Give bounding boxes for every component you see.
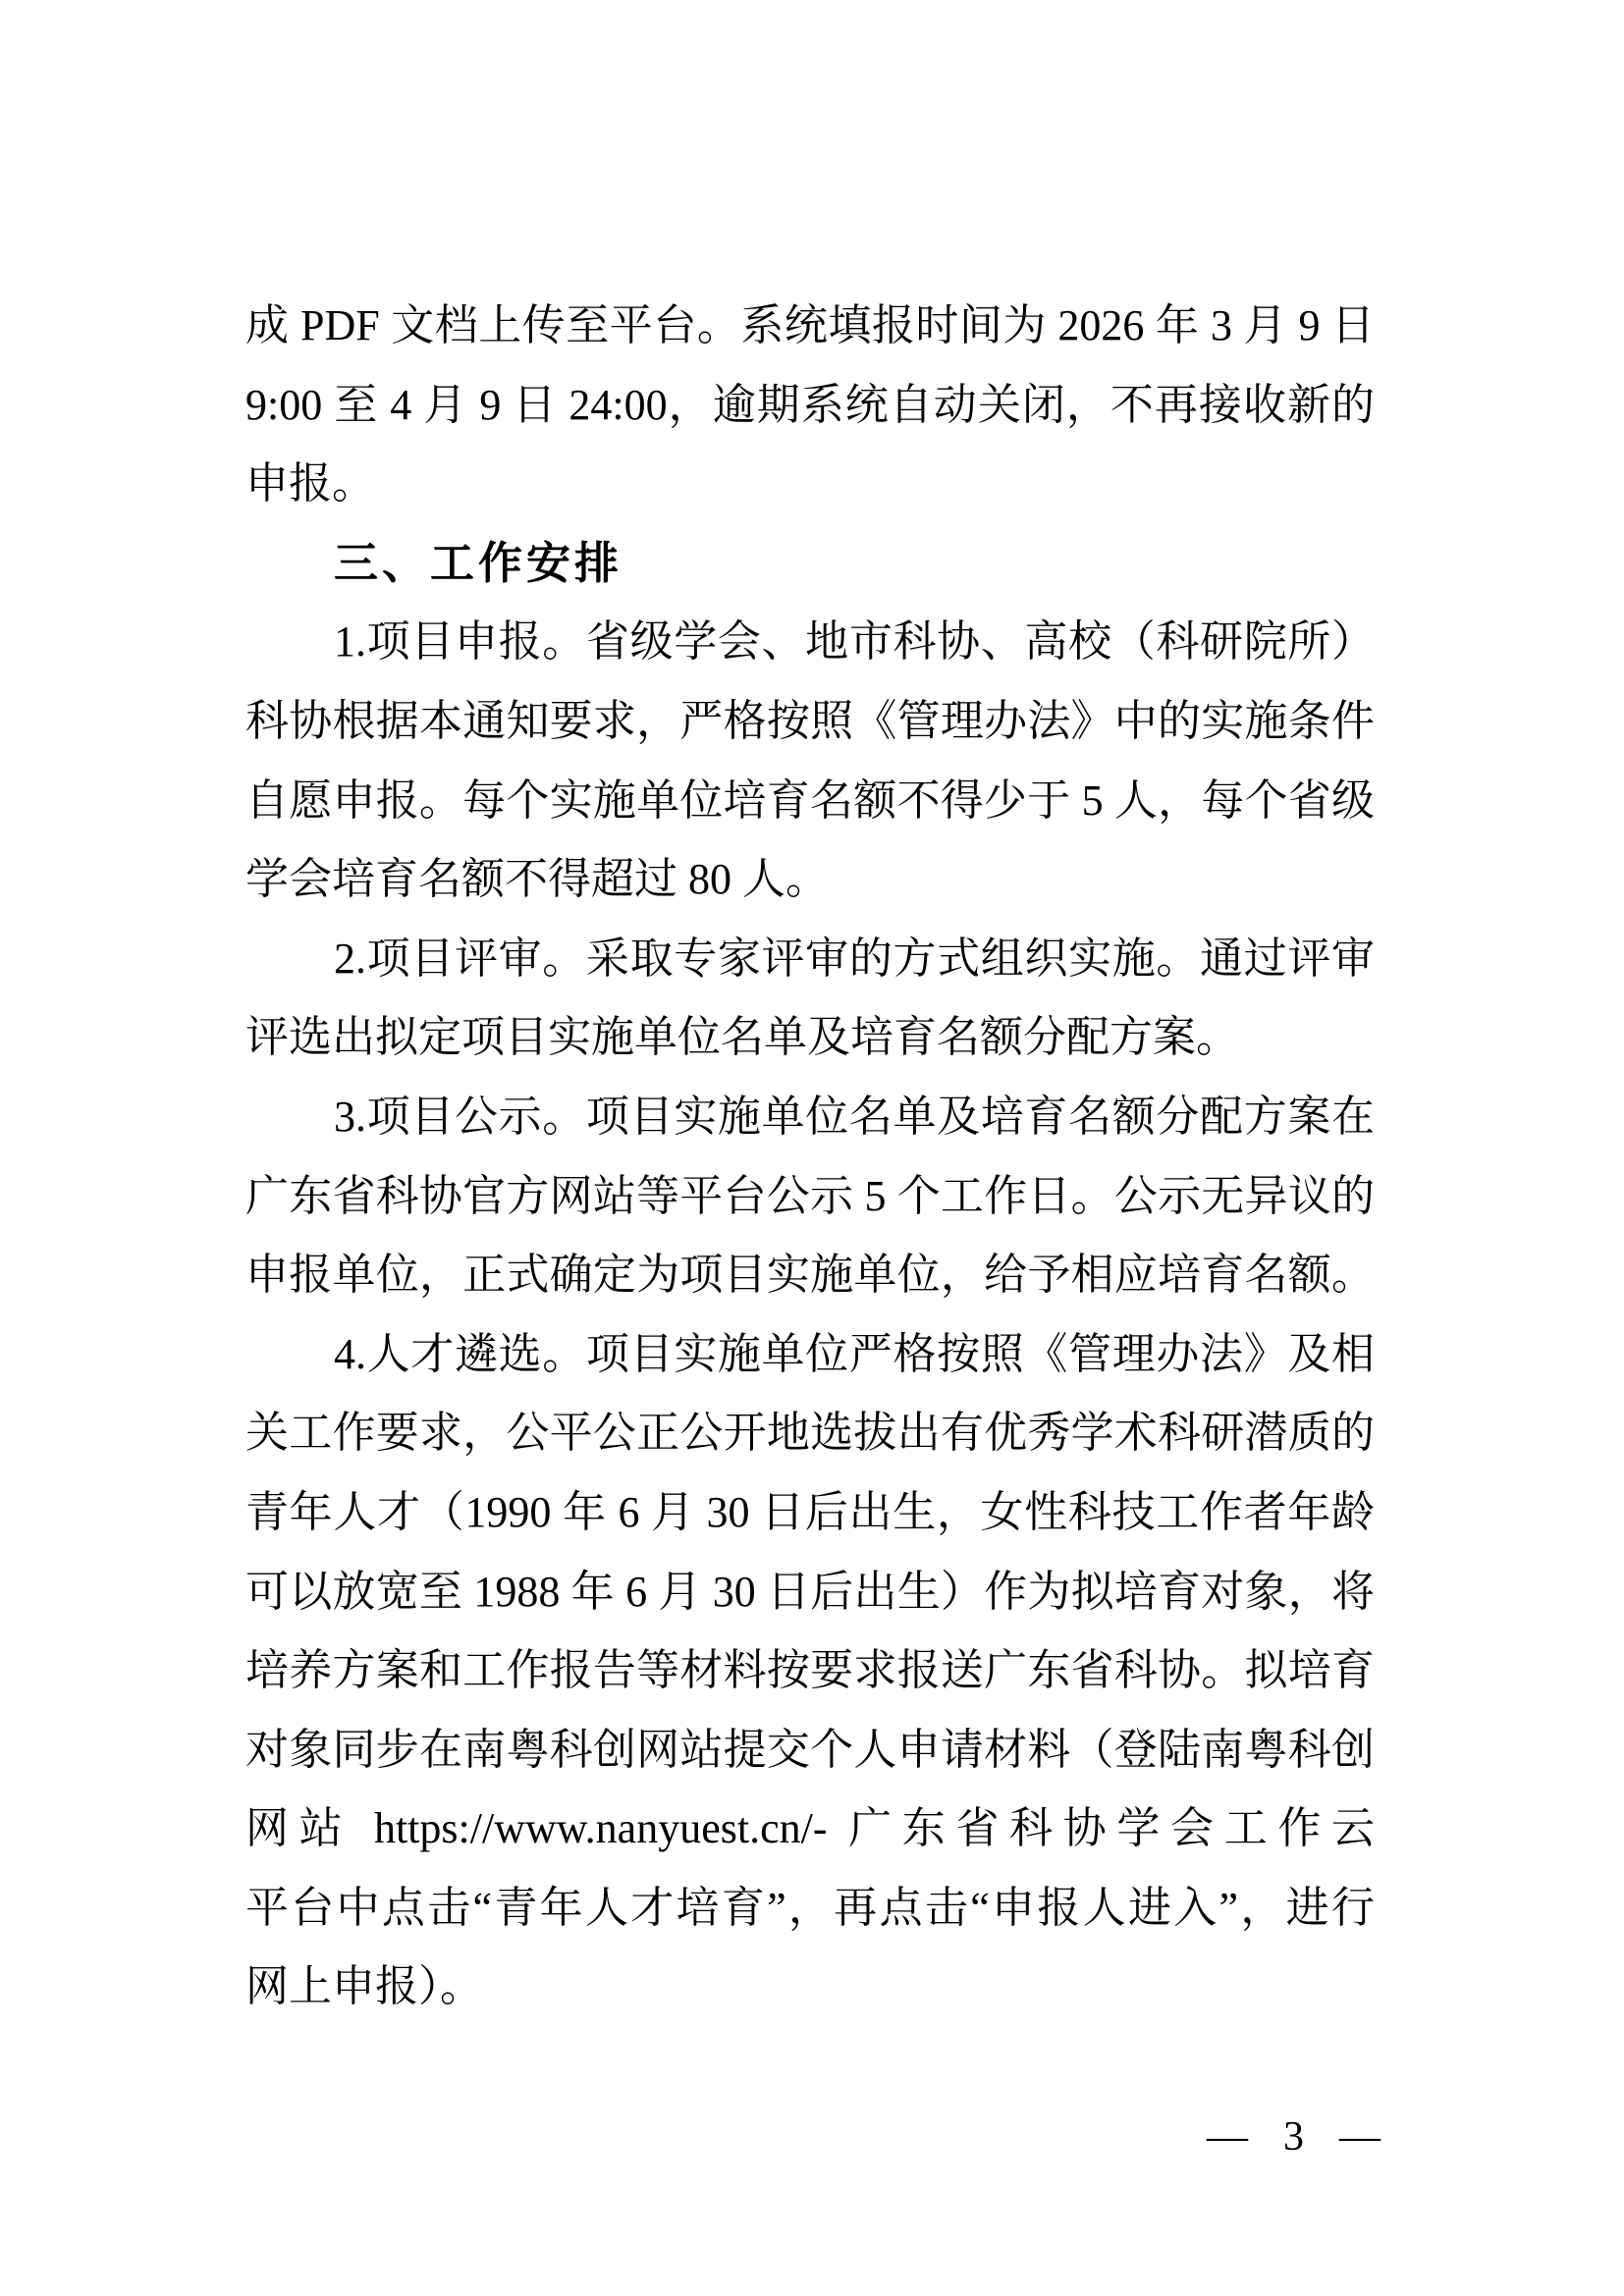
text-line: 成 PDF 文档上传至平台。系统填报时间为 2026 年 3 月 9 日 — [245, 287, 1375, 366]
text-line: 2.项目评审。采取专家评审的方式组织实施。通过评审 — [245, 920, 1375, 999]
text-line: 3.项目公示。项目实施单位名单及培育名额分配方案在 — [245, 1078, 1375, 1157]
text-line: 评选出拟定项目实施单位名单及培育名额分配方案。 — [245, 998, 1375, 1078]
text-line: 平台中点击“青年人才培育”，再点击“申报人进入”，进行 — [245, 1869, 1375, 1949]
text-line: 培养方案和工作报告等材料按要求报送广东省科协。拟培育 — [245, 1631, 1375, 1711]
document-page: 成 PDF 文档上传至平台。系统填报时间为 2026 年 3 月 9 日9:00… — [0, 0, 1624, 2296]
section-heading: 三、工作安排 — [245, 524, 1375, 604]
text-line: 9:00 至 4 月 9 日 24:00，逾期系统自动关闭，不再接收新的 — [245, 366, 1375, 446]
text-line: 广东省科协官方网站等平台公示 5 个工作日。公示无异议的 — [245, 1157, 1375, 1237]
text-line: 自愿申报。每个实施单位培育名额不得少于 5 人，每个省级 — [245, 762, 1375, 841]
text-line: 网站 https://www.nanyuest.cn/- 广东省科协学会工作云 — [245, 1789, 1375, 1869]
text-line: 申报单位，正式确定为项目实施单位，给予相应培育名额。 — [245, 1236, 1375, 1315]
page-number: 3 — [1283, 2112, 1304, 2162]
document-body: 成 PDF 文档上传至平台。系统填报时间为 2026 年 3 月 9 日9:00… — [245, 287, 1375, 2027]
text-line: 4.人才遴选。项目实施单位严格按照《管理办法》及相 — [245, 1315, 1375, 1395]
page-footer: — 3 — — [1207, 2112, 1380, 2162]
text-line: 可以放宽至 1988 年 6 月 30 日后出生）作为拟培育对象，将 — [245, 1553, 1375, 1632]
footer-right-dash: — — [1339, 2112, 1380, 2162]
text-line: 1.项目申报。省级学会、地市科协、高校（科研院所） — [245, 603, 1375, 682]
text-line: 科协根据本通知要求，严格按照《管理办法》中的实施条件 — [245, 682, 1375, 762]
footer-left-dash: — — [1207, 2112, 1248, 2162]
text-line: 青年人才（1990 年 6 月 30 日后出生，女性科技工作者年龄 — [245, 1473, 1375, 1553]
text-line: 网上申报）。 — [245, 1948, 1375, 2027]
text-line: 学会培育名额不得超过 80 人。 — [245, 840, 1375, 920]
text-line: 对象同步在南粤科创网站提交个人申请材料（登陆南粤科创 — [245, 1711, 1375, 1790]
text-line: 申报。 — [245, 445, 1375, 524]
text-line: 关工作要求，公平公正公开地选拔出有优秀学术科研潜质的 — [245, 1394, 1375, 1473]
